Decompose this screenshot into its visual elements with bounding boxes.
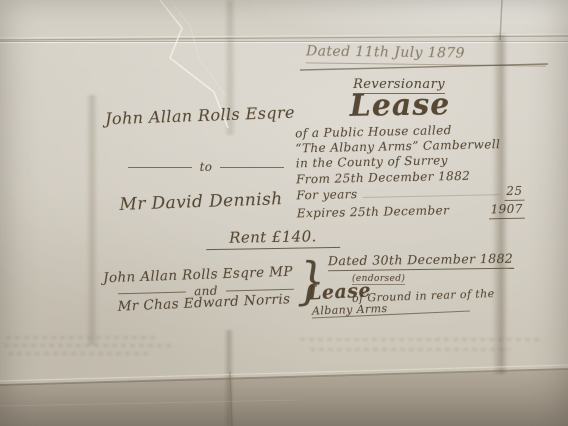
lessee-name: Mr David Dennish <box>94 188 309 215</box>
ghost-text-line <box>8 352 148 355</box>
to-label: to <box>192 160 221 174</box>
ghost-text-line <box>6 336 156 339</box>
dash-rule <box>128 167 192 168</box>
term-expires-value: 1907 <box>489 202 525 220</box>
top-fold-flap <box>0 0 568 42</box>
bottom-fold-shadow <box>0 369 568 426</box>
property-description: of a Public House called “The Albany Arm… <box>295 122 525 224</box>
lessor-name: John Allan Rolls Esqre <box>88 102 313 129</box>
dated-line-second: Dated 30th December 1882 <box>328 251 514 272</box>
to-separator: to <box>128 160 284 174</box>
term-years-value: 25 <box>504 184 524 201</box>
ghost-text-line <box>4 344 174 347</box>
dated-line-top: Dated 11th July 1879 <box>306 43 546 66</box>
dash-rule <box>220 167 284 168</box>
second-subject-line2: Albany Arms <box>312 301 402 317</box>
rent-line: Rent £140. <box>206 227 340 250</box>
term-expires-line: Expires 25th December 1907 <box>297 202 525 224</box>
ghost-text-line <box>310 348 510 351</box>
lease-title: Lease <box>334 87 467 124</box>
term-expires-label: Expires 25th December <box>297 203 450 221</box>
dash-rule <box>118 291 186 294</box>
dotted-leader <box>363 194 498 198</box>
crease-middle-bottom <box>224 330 234 426</box>
document-photo: Dated 11th July 1879 Reversionary Lease … <box>0 0 568 426</box>
ghost-text-line <box>300 338 540 341</box>
